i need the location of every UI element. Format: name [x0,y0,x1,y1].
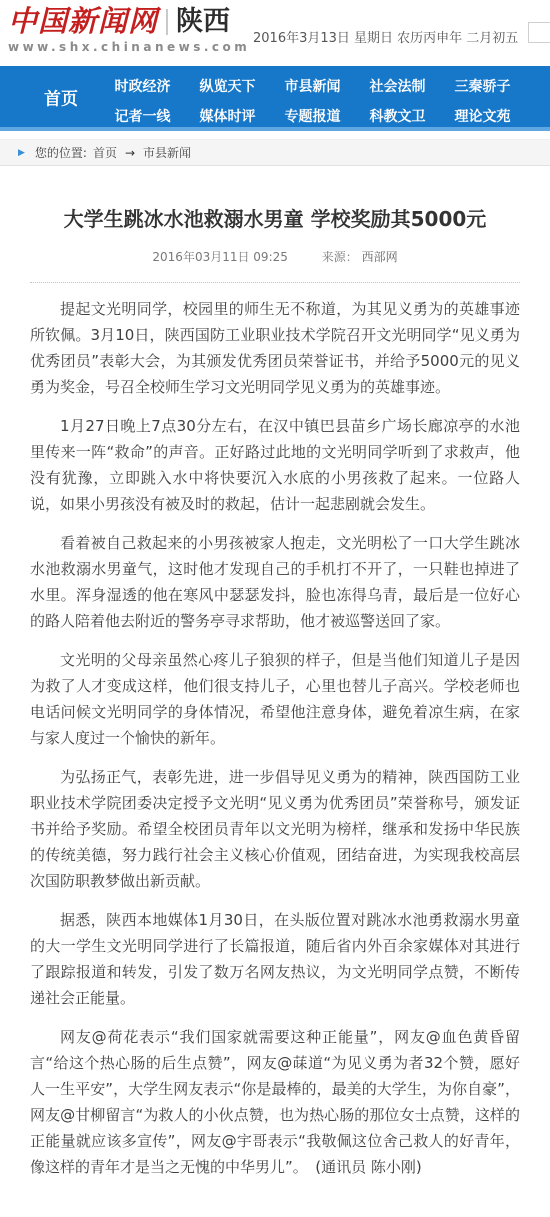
dotted-divider [30,282,520,283]
nav-link-jizheyixian[interactable]: 记者一线 [100,106,185,126]
search-input[interactable] [528,22,550,43]
arrow-right-icon: → [125,146,135,160]
logo-line: 中国新闻网 陕西 [8,7,250,36]
breadcrumb-home-link[interactable]: 首页 [93,144,117,161]
main-nav: 首页 时政经济 纵览天下 市县新闻 社会法制 三秦骄子 记者一线 媒体时评 专题… [0,66,550,127]
header-date-line: 2016年3月13日 星期日 农历丙申年 二月初五 [253,27,518,46]
article-paragraph: 据悉，陕西本地媒体1月30日，在头版位置对跳冰水池勇救溺水男童的大一学生文光明同… [30,907,520,1011]
article-meta: 2016年03月11日 09:25 来源： 西部网 [30,248,520,265]
logo-text-region: 陕西 [176,8,230,35]
site-url-text: www.shx.chinanews.com [8,40,250,54]
logo-text-chinanews: 中国新闻网 [8,7,158,36]
site-header: 中国新闻网 陕西 www.shx.chinanews.com 2016年3月13… [0,0,550,66]
source-name[interactable]: 西部网 [362,250,398,264]
article-title: 大学生跳冰水池救溺水男童 学校奖励其5000元 [30,206,520,233]
site-logo[interactable]: 中国新闻网 陕西 www.shx.chinanews.com [8,7,250,54]
nav-link-shehuifazhi[interactable]: 社会法制 [355,76,440,96]
article-date: 2016年03月11日 09:25 [152,250,287,264]
article-paragraph: 看着被自己救起来的小男孩被家人抱走，文光明松了一口大学生跳冰水池救溺水男童气，这… [30,530,520,634]
article-paragraph: 网友@荷花表示“我们国家就需要这种正能量”，网友@血色黄昏留言“给这个热心肠的后… [30,1024,520,1180]
nav-link-zonglantianxia[interactable]: 纵览天下 [185,76,270,96]
article-paragraph: 1月27日晚上7点30分左右，在汉中镇巴县苗乡广场长廊凉亭的水池里传来一阵“救命… [30,413,520,517]
source-label: 来源： [322,250,358,264]
article-body: 提起文光明同学，校园里的师生无不称道，为其见义勇为的英雄事迹所钦佩。3月10日，… [30,296,520,1217]
nav-link-sanqinjiaozi[interactable]: 三秦骄子 [440,76,525,96]
nav-link-zhuantibaodao[interactable]: 专题报道 [270,106,355,126]
logo-divider [166,9,168,35]
article-paragraph: 提起文光明同学，校园里的师生无不称道，为其见义勇为的英雄事迹所钦佩。3月10日，… [30,296,520,400]
nav-link-shizhengjingji[interactable]: 时政经济 [100,76,185,96]
article-container: 大学生跳冰水池救溺水男童 学校奖励其5000元 2016年03月11日 09:2… [0,206,550,1217]
breadcrumb: ▶ 您的位置: 首页 → 市县新闻 [0,139,550,166]
nav-link-kejiaowenwei[interactable]: 科教文卫 [355,106,440,126]
nav-link-meitishiping[interactable]: 媒体时评 [185,106,270,126]
article-paragraph: 文光明的父母亲虽然心疼儿子狼狈的样子，但是当他们知道儿子是因为救了人才变成这样，… [30,647,520,751]
nav-link-shixianxinwen[interactable]: 市县新闻 [270,76,355,96]
article-paragraph: 为弘扬正气，表彰先进，进一步倡导见义勇为的精神，陕西国防工业职业技术学院团委决定… [30,764,520,894]
nav-bottom-strip [0,127,550,131]
triangle-marker-icon: ▶ [18,148,25,158]
nav-link-lilunwenyuan[interactable]: 理论文苑 [440,106,525,126]
breadcrumb-current-link[interactable]: 市县新闻 [143,144,191,161]
nav-links-grid: 时政经济 纵览天下 市县新闻 社会法制 三秦骄子 记者一线 媒体时评 专题报道 … [100,66,550,126]
breadcrumb-prefix: 您的位置: [35,144,87,161]
nav-home-link[interactable]: 首页 [44,84,78,109]
